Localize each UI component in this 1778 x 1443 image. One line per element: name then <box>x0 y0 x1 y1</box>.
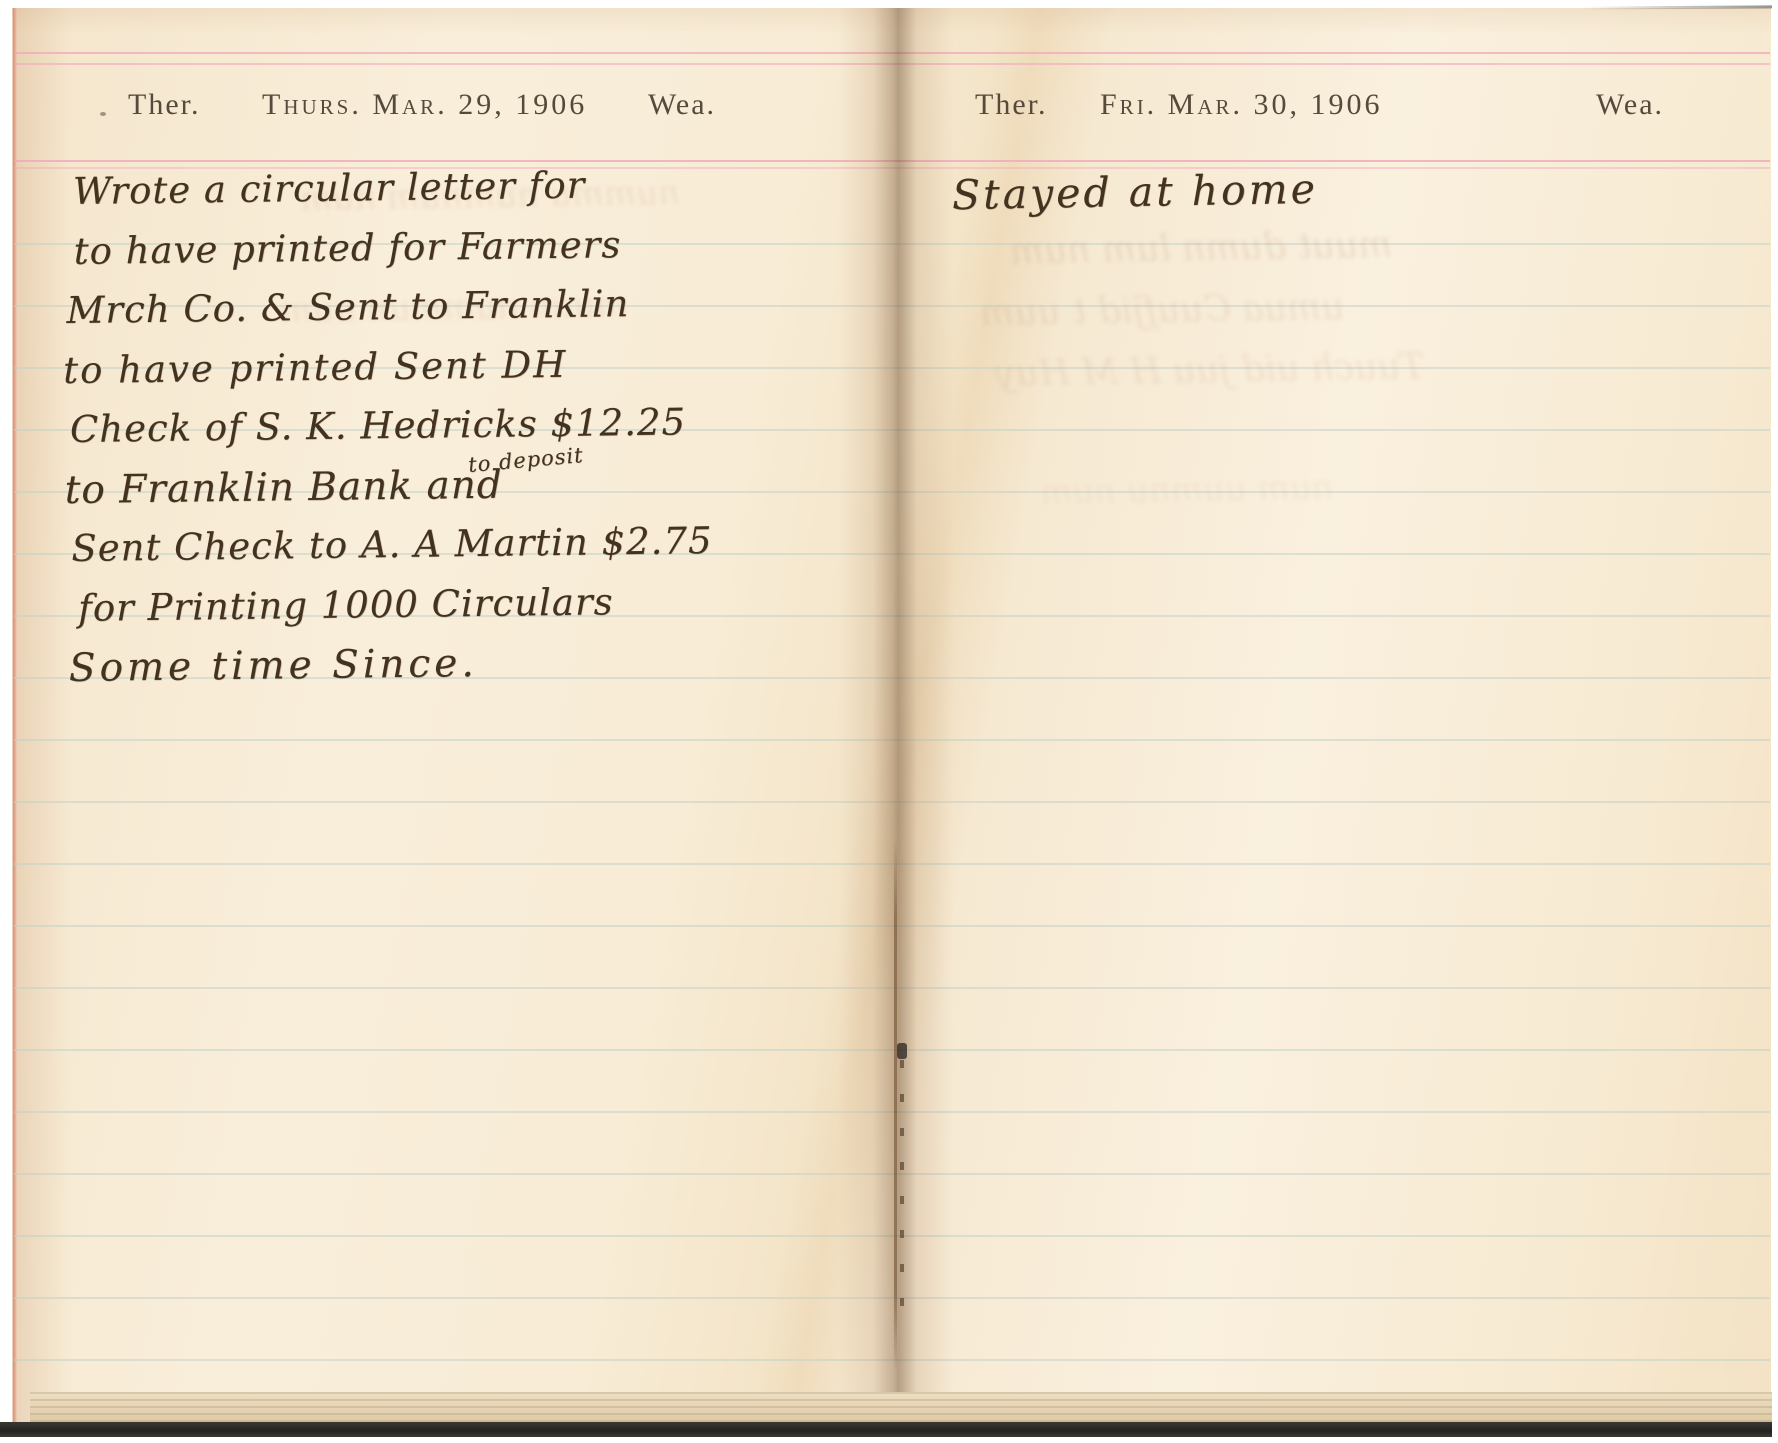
bottom-cover-edge <box>0 1422 1772 1437</box>
entry-line: to have printed for Farmers <box>73 222 709 289</box>
left-page-entry: Wrote a circular letter for to have prin… <box>73 162 715 705</box>
entry-line: to Franklin Bank and <box>64 460 712 527</box>
right-page-entry: Stayed at home <box>952 165 1319 219</box>
entry-line: Mrch Co. & Sent to Franklin <box>66 281 710 348</box>
entry-line: to have printed Sent DH <box>63 341 711 408</box>
bottom-page-edges <box>30 1392 1772 1424</box>
left-header-ther-label: Ther. <box>128 88 200 134</box>
binding-stitch-knot <box>897 1043 907 1059</box>
scan-right-edge <box>1771 0 1778 1424</box>
diary-scan: Ther. Thurs. Mar. 29, 1906 Wea. Ther. Fr… <box>0 0 1778 1443</box>
binding-stitch-marks <box>900 1060 904 1320</box>
entry-line: Wrote a circular letter for <box>73 162 709 229</box>
ink-speck <box>100 112 106 116</box>
entry-line: for Printing 1000 Circulars <box>78 579 714 646</box>
entry-line: Sent Check to A. A Martin $2.75 <box>71 519 713 586</box>
left-header-wea-label: Wea. <box>648 88 716 134</box>
entry-line: Some time Since. <box>69 638 715 705</box>
right-header-ther-label: Ther. <box>975 88 1047 134</box>
left-header-date: Thurs. Mar. 29, 1906 <box>262 88 587 134</box>
right-header-date: Fri. Mar. 30, 1906 <box>1100 88 1383 134</box>
entry-line: Check of S. K. Hedricks $12.25 <box>70 400 712 467</box>
right-header-wea-label: Wea. <box>1596 88 1664 134</box>
binding-stitch-thread <box>894 840 897 1370</box>
